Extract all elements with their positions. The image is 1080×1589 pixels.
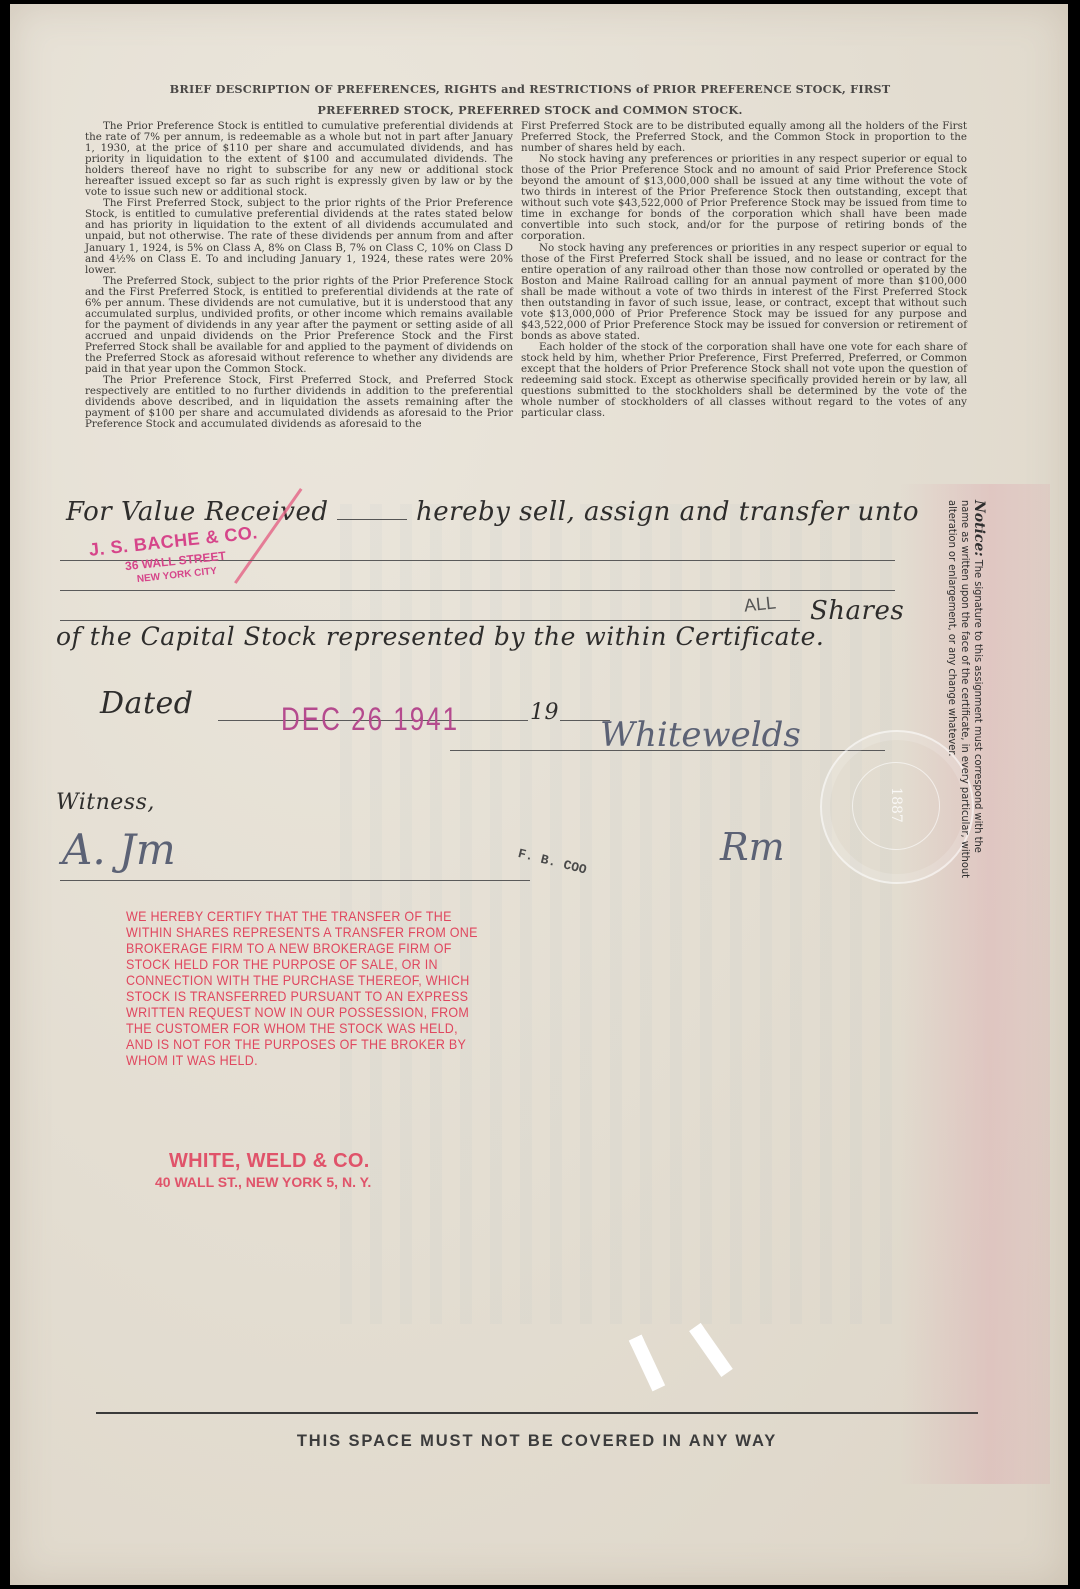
dated-label: Dated [100, 686, 193, 721]
date-stamp: DEC 26 1941 [281, 700, 459, 739]
document-heading: BRIEF DESCRIPTION OF PREFERENCES, RIGHTS… [95, 79, 965, 121]
witness-signature: A. Jm [62, 825, 176, 874]
shares-count-value: ALL [743, 592, 777, 616]
paragraph-distribution: First Preferred Stock are to be distribu… [521, 121, 967, 154]
assignor-signature: Whitewelds [600, 715, 801, 755]
paragraph-first-preferred: The First Preferred Stock, subject to th… [85, 198, 513, 275]
year-prefix: 19 [530, 700, 559, 725]
white-weld-stamp: WHITE, WELD & CO. 40 WALL ST., NEW YORK … [155, 1150, 371, 1190]
footer-warning: THIS SPACE MUST NOT BE COVERED IN ANY WA… [96, 1432, 978, 1451]
paragraph-first-preferred-restrictions: No stock having any preferences or prior… [521, 243, 967, 342]
paragraph-prior-preference: The Prior Preference Stock is entitled t… [85, 121, 513, 198]
witness-label: Witness, [56, 790, 155, 815]
footer-rule [96, 1412, 978, 1414]
paragraph-voting: Each holder of the stock of the corporat… [521, 342, 967, 419]
assignee-line-2[interactable] [60, 590, 895, 591]
notice-block: Notice: The signature to this assignment… [905, 500, 985, 880]
certification-stamp: WE HEREBY CERTIFY THAT THE TRANSFER OF T… [126, 909, 485, 1069]
description-left-column: The Prior Preference Stock is entitled t… [85, 121, 513, 430]
guarantor-signature: Rm [720, 825, 785, 869]
shares-count-line[interactable] [60, 620, 800, 621]
paragraph-liquidation: The Prior Preference Stock, First Prefer… [85, 375, 513, 430]
description-right-column: First Preferred Stock are to be distribu… [521, 121, 967, 419]
witness-line[interactable] [60, 880, 530, 881]
assignment-line: For Value Received hereby sell, assign a… [66, 497, 919, 527]
signature-line[interactable] [450, 750, 885, 751]
notice-label: Notice: [971, 500, 987, 557]
paragraph-preferred: The Preferred Stock, subject to the prio… [85, 276, 513, 375]
paragraph-prior-restrictions: No stock having any preferences or prior… [521, 154, 967, 242]
capital-stock-line: of the Capital Stock represented by the … [56, 622, 824, 651]
notice-text: The signature to this assignment must co… [946, 500, 985, 878]
